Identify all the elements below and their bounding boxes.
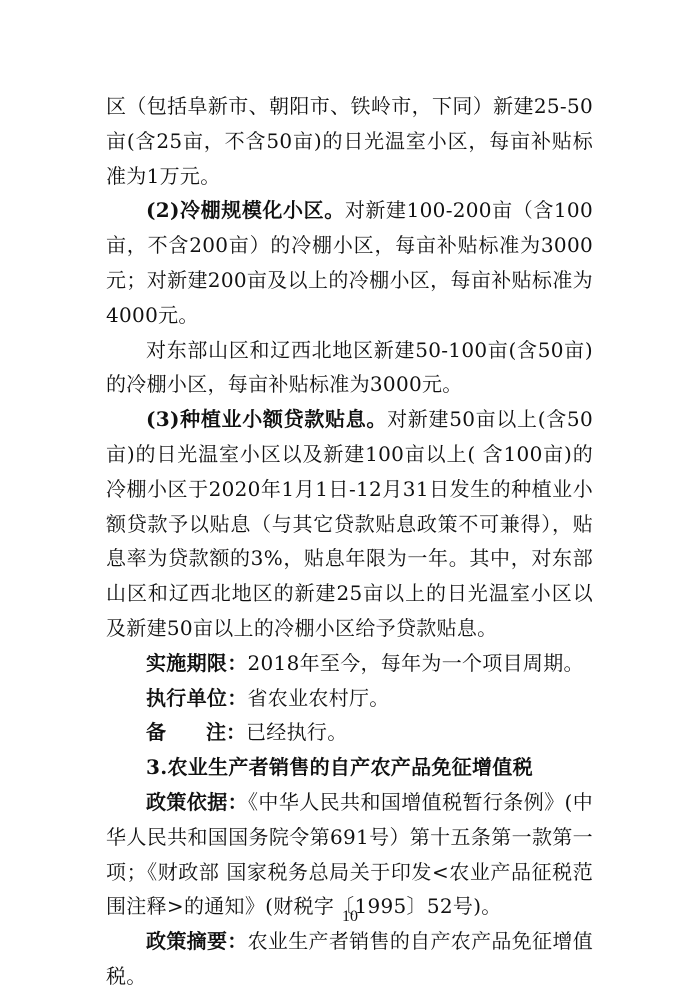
field-label: 备 注：: [146, 720, 246, 744]
paragraph-cold-shed-subsidy: (2)冷棚规模化小区。对新建100-200亩（含100亩，不含200亩）的冷棚小…: [106, 193, 593, 332]
section-heading-vat-exemption: 3.农业生产者销售的自产农产品免征增值税: [106, 750, 593, 785]
paragraph-east-northwest-subsidy: 对东部山区和辽西北地区新建50-100亩(含50亩)的冷棚小区，每亩补贴标准为3…: [106, 333, 593, 403]
paragraph-text: 区（包括阜新市、朝阳市、铁岭市，下同）新建25-50亩(含25亩，不含50亩)的…: [106, 94, 593, 188]
paragraph-text: 对新建50亩以上(含50亩)的日光温室小区以及新建100亩以上( 含100亩)的…: [106, 407, 593, 640]
executing-unit: 执行单位：省农业农村厅。: [106, 681, 593, 716]
paragraph-heading: (3)种植业小额贷款贴息。: [146, 407, 387, 431]
field-value: 已经执行。: [246, 720, 348, 744]
remarks: 备 注：已经执行。: [106, 715, 593, 750]
document-page: 区（包括阜新市、朝阳市、铁岭市，下同）新建25-50亩(含25亩，不含50亩)的…: [106, 89, 593, 990]
field-label: 执行单位：: [146, 686, 248, 710]
field-label: 实施期限：: [146, 651, 248, 675]
page-number: 10: [0, 908, 700, 926]
field-value: 2018年至今，每年为一个项目周期。: [248, 651, 584, 675]
implementation-period: 实施期限：2018年至今，每年为一个项目周期。: [106, 646, 593, 681]
section-heading: 3.农业生产者销售的自产农产品免征增值税: [146, 755, 533, 779]
field-label: 政策依据：: [146, 790, 248, 814]
paragraph-loan-interest-subsidy: (3)种植业小额贷款贴息。对新建50亩以上(含50亩)的日光温室小区以及新建10…: [106, 402, 593, 646]
paragraph-heading: (2)冷棚规模化小区。: [146, 198, 345, 222]
paragraph-text: 对东部山区和辽西北地区新建50-100亩(含50亩)的冷棚小区，每亩补贴标准为3…: [106, 338, 593, 397]
paragraph-greenhouse-subsidy-continued: 区（包括阜新市、朝阳市、铁岭市，下同）新建25-50亩(含25亩，不含50亩)的…: [106, 89, 593, 193]
field-value: 省农业农村厅。: [248, 686, 390, 710]
policy-basis: 政策依据：《中华人民共和国增值税暂行条例》(中华人民共和国国务院令第691号）第…: [106, 785, 593, 924]
field-label: 政策摘要：: [146, 929, 248, 953]
policy-summary: 政策摘要：农业生产者销售的自产农产品免征增值税。: [106, 924, 593, 990]
